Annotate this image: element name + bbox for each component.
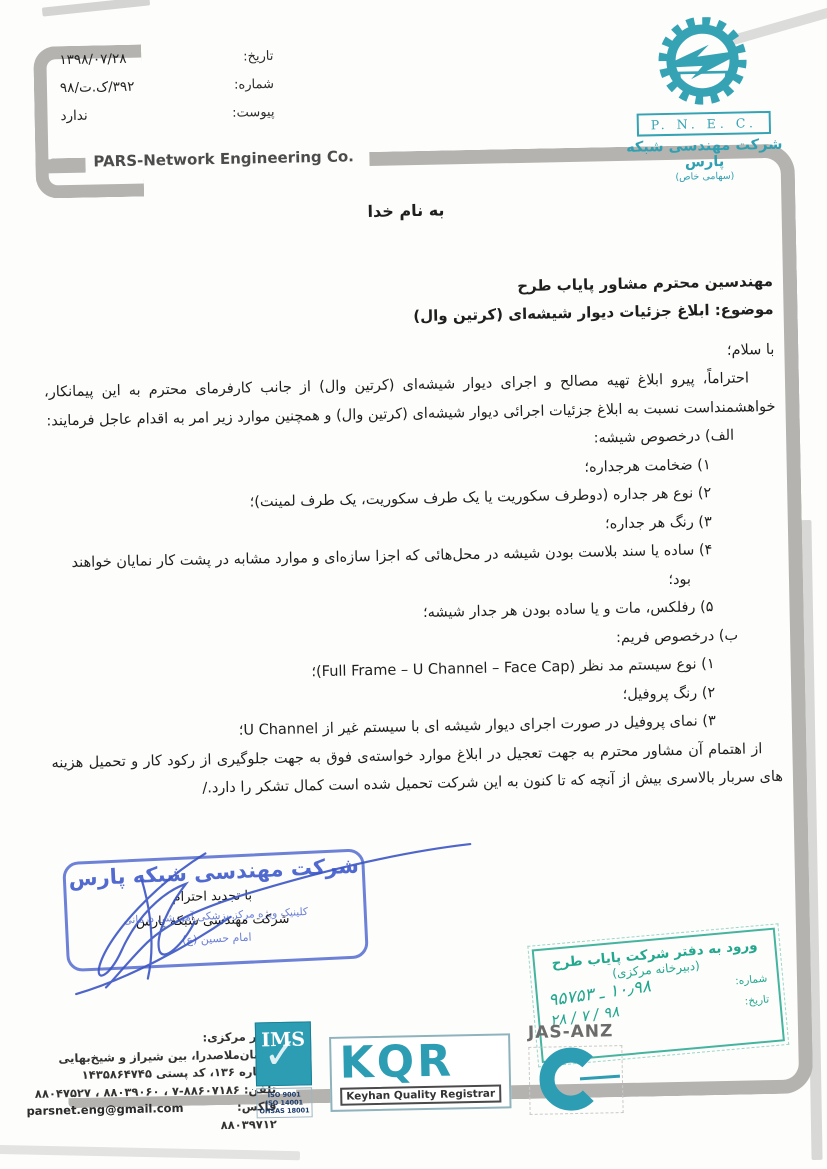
letter-body: به نام خدا مهندسین محترم مشاور پایاب طرح… <box>40 190 783 806</box>
ims-logo-icon: ✓ IMS <box>255 1021 312 1086</box>
ims-badge: ✓ IMS ISO 9001 ISO 14001 OHSAS 18001 <box>255 1021 313 1118</box>
jas-anz-label: JAS-ANZ <box>528 1021 622 1043</box>
date-label: تاریخ: <box>243 49 274 65</box>
jas-anz-badge: JAS-ANZ <box>528 1021 624 1115</box>
gear-lightning-icon <box>627 16 779 111</box>
jas-anz-c-icon <box>528 1045 623 1115</box>
ims-standard-line: OHSAS 18001 <box>258 1106 310 1115</box>
attachment-row: پیوست: ندارد <box>60 104 275 136</box>
pnec-acronym: P. N. E. C. <box>637 111 772 137</box>
date-row: تاریخ: ۱۳۹۸/۰۷/۲۸ <box>59 48 274 80</box>
header-meta: تاریخ: ۱۳۹۸/۰۷/۲۸ شماره: ۳۹۲/ک.ت/۹۸ پیوس… <box>59 48 275 136</box>
attachment-label: پیوست: <box>232 105 275 121</box>
company-name-fa: شرکت مهندسی شبکه پارس <box>619 137 790 172</box>
date-value: ۱۳۹۸/۰۷/۲۸ <box>59 51 126 68</box>
signature-block: شرکت مهندسی شبکه پارس کلینیک ویژه مرکز پ… <box>53 838 386 1005</box>
received-number-label: شماره: <box>735 973 768 988</box>
number-label: شماره: <box>234 77 274 93</box>
company-logo: P. N. E. C. شرکت مهندسی شبکه پارس (سهامی… <box>617 16 790 184</box>
letterhead-bar-stub <box>47 159 85 174</box>
scanned-letter-page: PARS-Network Engineering Co. تاریخ: ۱۳۹۸… <box>0 0 827 1169</box>
kqr-badge: KQR Keyhan Quality Registrar <box>329 1033 511 1111</box>
attachment-value: ندارد <box>60 108 87 125</box>
kqr-logo-icon: KQR <box>339 1040 501 1085</box>
letter-sheet: PARS-Network Engineering Co. تاریخ: ۱۳۹۸… <box>0 0 827 1169</box>
number-value: ۳۹۲/ک.ت/۹۸ <box>60 79 135 96</box>
email-text: parsnet.eng@gmail.com <box>26 1100 183 1121</box>
fax-email-line: فاکس: ۸۸۰۳۹۷۱۲ parsnet.eng@gmail.com <box>26 1098 277 1138</box>
number-row: شماره: ۳۹۲/ک.ت/۹۸ <box>60 76 275 108</box>
signature-scribble-icon <box>45 814 489 1008</box>
ims-label: IMS <box>256 1028 310 1051</box>
footer-contact: دفتر مرکزی: خیابان‌ملاصدرا، بین شیراز و … <box>25 1028 277 1138</box>
received-date-label: تاریخ: <box>744 993 769 1007</box>
certification-badges: ✓ IMS ISO 9001 ISO 14001 OHSAS 18001 KQR… <box>255 1015 624 1120</box>
ims-standards: ISO 9001 ISO 14001 OHSAS 18001 <box>256 1087 313 1118</box>
